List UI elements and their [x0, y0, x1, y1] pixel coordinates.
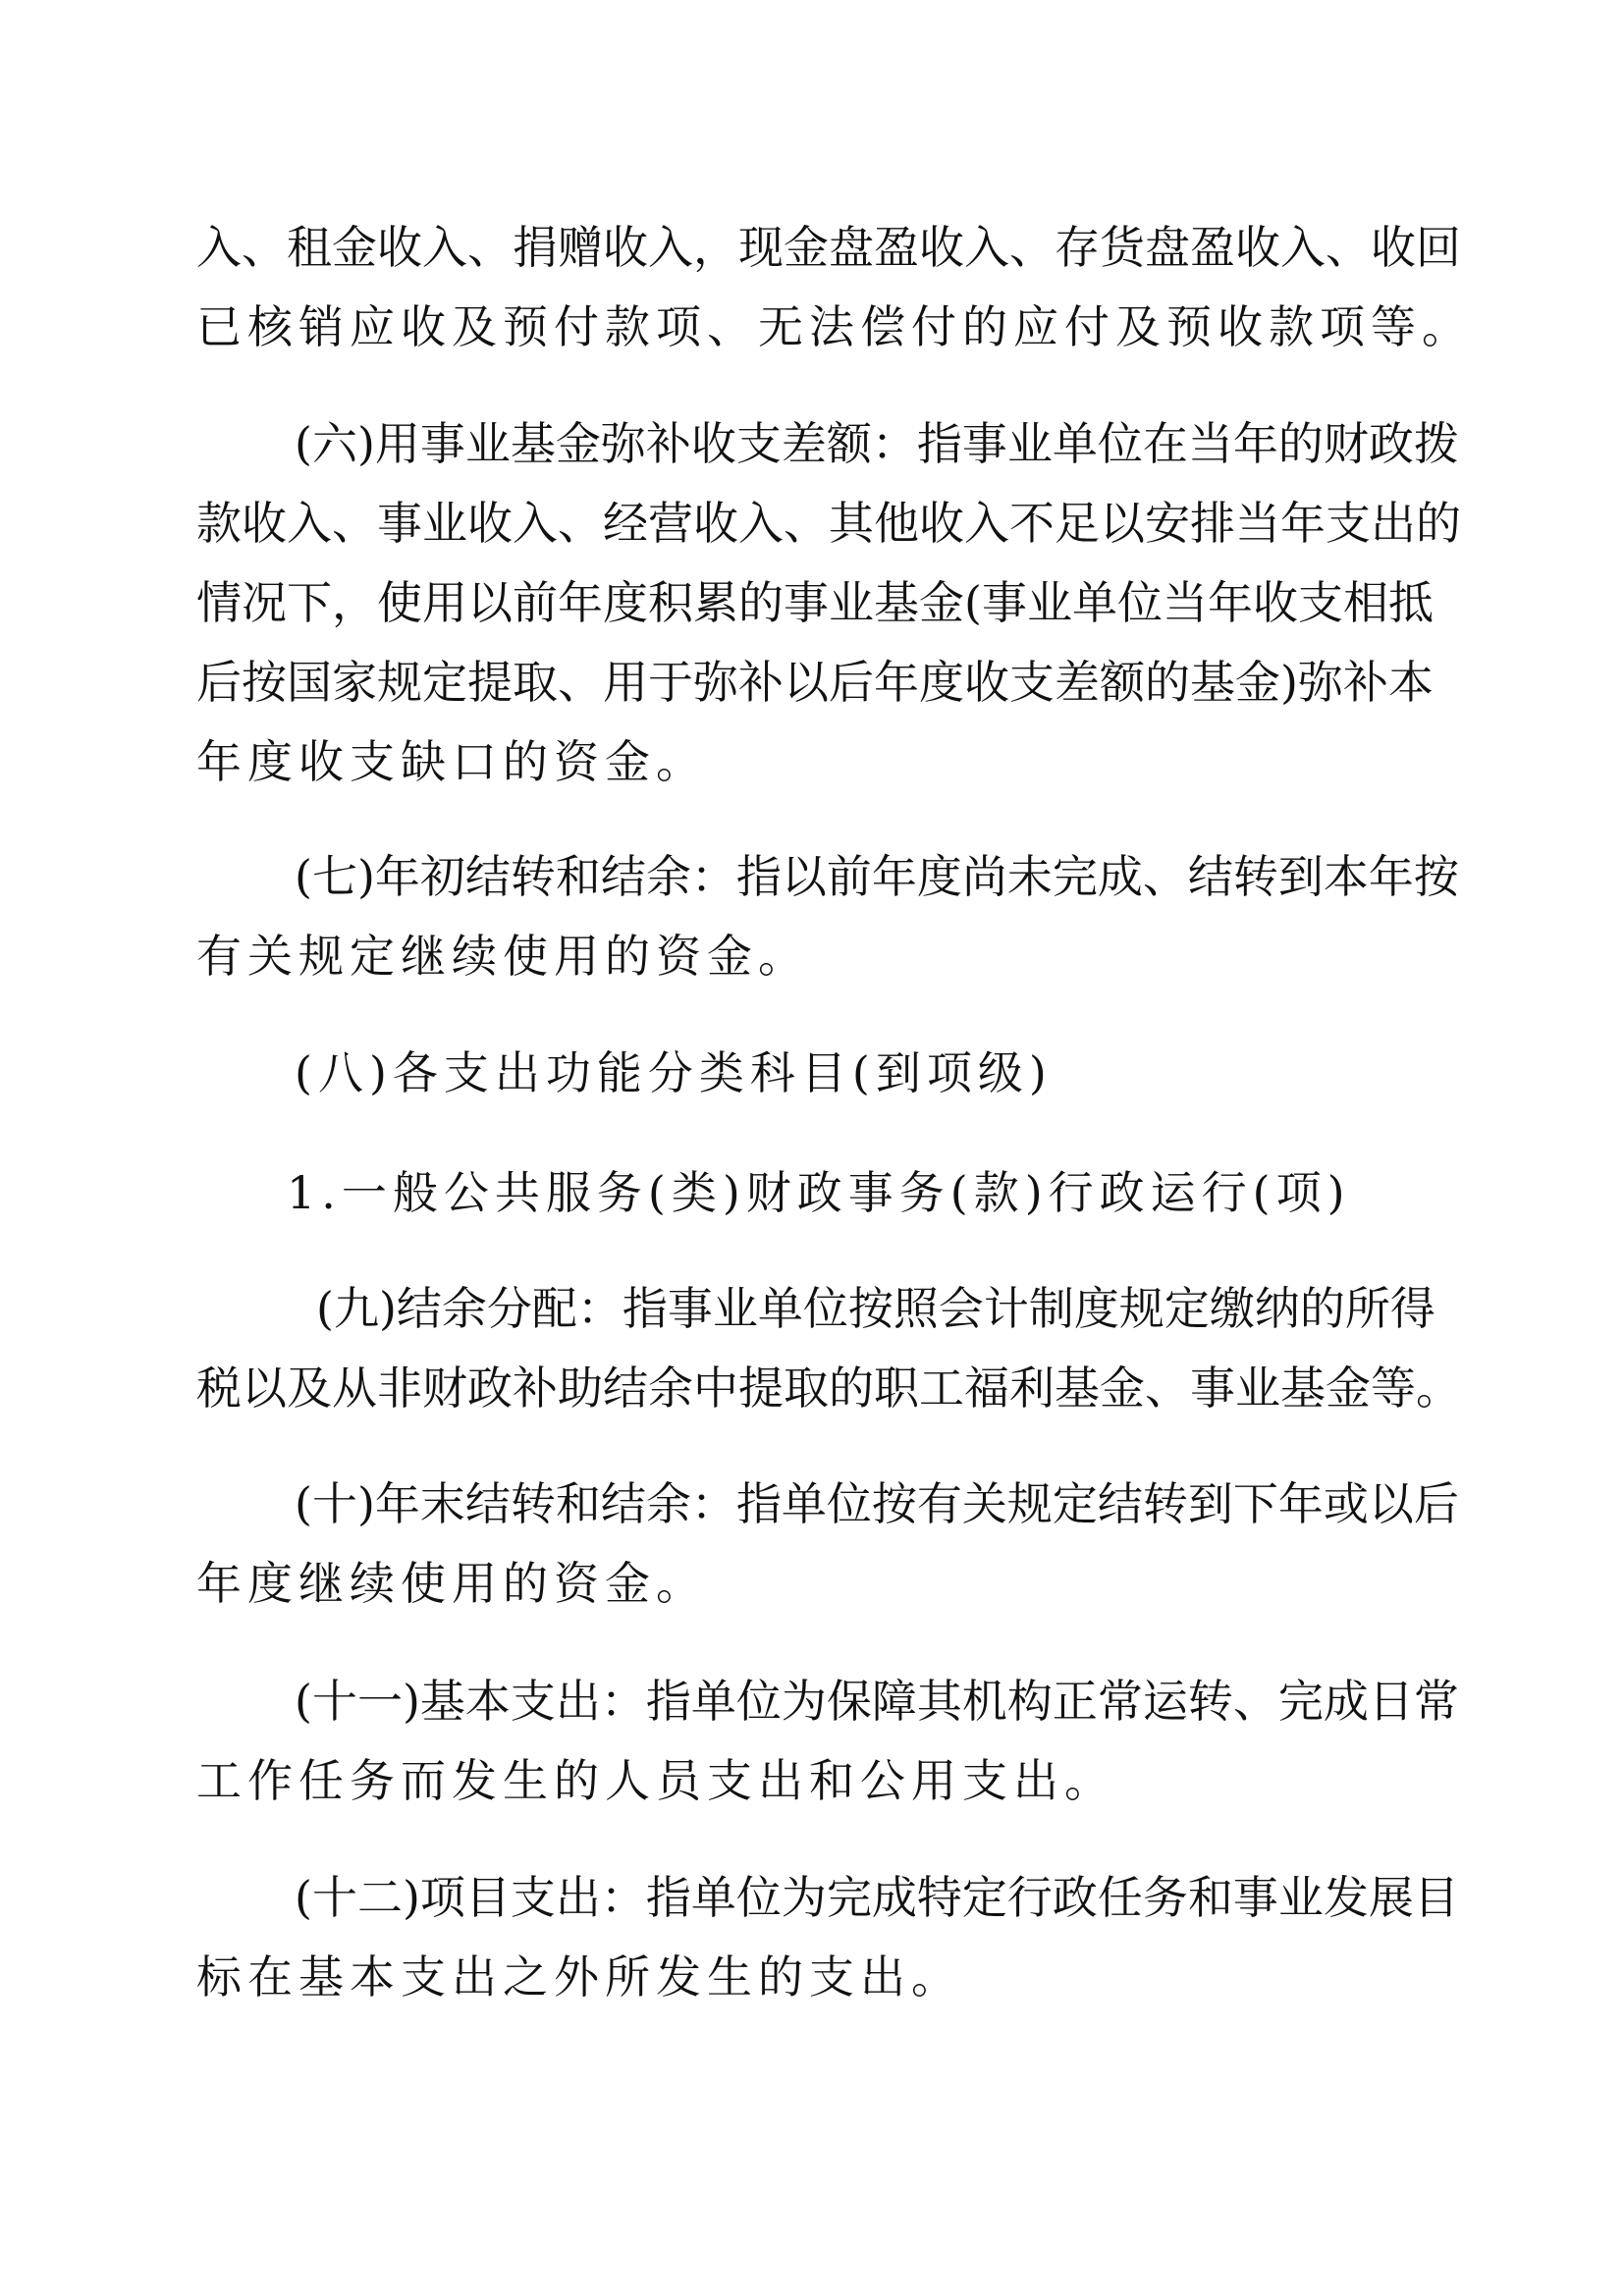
text-line: 款收入、事业收入、经营收入、其他收入不足以安排当年支出的 — [196, 484, 1430, 563]
text-line: 后按国家规定提取、用于弥补以后年度收支差额的基金)弥补本 — [196, 643, 1430, 722]
paragraph-9-surplus-distribution: (九)结余分配：指事业单位按照会计制度规定缴纳的所得 税以及从非财政补助结余中提… — [196, 1269, 1430, 1428]
paragraph-6-business-fund-offset: (六)用事业基金弥补收支差额：指事业单位在当年的财政拨 款收入、事业收入、经营收… — [196, 404, 1430, 802]
paragraph-heading-line: (十)年末结转和结余：指单位按有关规定结转到下年或以后 — [196, 1465, 1430, 1544]
text-line: 年度继续使用的资金。 — [196, 1544, 1430, 1624]
paragraph-heading-line: (八)各支出功能分类科目(到项级) — [196, 1034, 1430, 1113]
text-line: 税以及从非财政补助结余中提取的职工福利基金、事业基金等。 — [196, 1349, 1430, 1428]
paragraph-heading-line: (十二)项目支出：指单位为完成特定行政任务和事业发展目 — [196, 1858, 1430, 1938]
paragraph-heading-line: (六)用事业基金弥补收支差额：指事业单位在当年的财政拨 — [196, 404, 1430, 484]
text-line: 入、租金收入、捐赠收入，现金盘盈收入、存货盘盈收入、收回 — [196, 208, 1430, 288]
text-line: 标在基本支出之外所发生的支出。 — [196, 1938, 1430, 2017]
text-line: 年度收支缺口的资金。 — [196, 722, 1430, 802]
paragraph-heading-line: (七)年初结转和结余：指以前年度尚未完成、结转到本年按 — [196, 837, 1430, 917]
document-page: 入、租金收入、捐赠收入，现金盘盈收入、存货盘盈收入、收回 已核销应收及预付款项、… — [0, 0, 1624, 2296]
paragraph-10-year-end-carryover: (十)年末结转和结余：指单位按有关规定结转到下年或以后 年度继续使用的资金。 — [196, 1465, 1430, 1624]
list-item-general-public-services: 1.一般公共服务(类)财政事务(款)行政运行(项) — [196, 1153, 1430, 1233]
paragraph-heading-line: (九)结余分配：指事业单位按照会计制度规定缴纳的所得 — [196, 1269, 1430, 1349]
text-line: 已核销应收及预付款项、无法偿付的应付及预收款项等。 — [196, 288, 1430, 367]
list-item-text: 1.一般公共服务(类)财政事务(款)行政运行(项) — [196, 1153, 1430, 1233]
text-line: 工作任务而发生的人员支出和公用支出。 — [196, 1741, 1430, 1821]
paragraph-8-expenditure-categories: (八)各支出功能分类科目(到项级) — [196, 1034, 1430, 1113]
paragraph-12-project-expenditure: (十二)项目支出：指单位为完成特定行政任务和事业发展目 标在基本支出之外所发生的… — [196, 1858, 1430, 2017]
paragraph-11-basic-expenditure: (十一)基本支出：指单位为保障其机构正常运转、完成日常 工作任务而发生的人员支出… — [196, 1662, 1430, 1821]
text-line: 情况下，使用以前年度积累的事业基金(事业单位当年收支相抵 — [196, 563, 1430, 643]
text-line: 有关规定继续使用的资金。 — [196, 917, 1430, 996]
paragraph-income-continuation: 入、租金收入、捐赠收入，现金盘盈收入、存货盘盈收入、收回 已核销应收及预付款项、… — [196, 208, 1430, 367]
paragraph-heading-line: (十一)基本支出：指单位为保障其机构正常运转、完成日常 — [196, 1662, 1430, 1741]
paragraph-7-opening-carryover: (七)年初结转和结余：指以前年度尚未完成、结转到本年按 有关规定继续使用的资金。 — [196, 837, 1430, 996]
